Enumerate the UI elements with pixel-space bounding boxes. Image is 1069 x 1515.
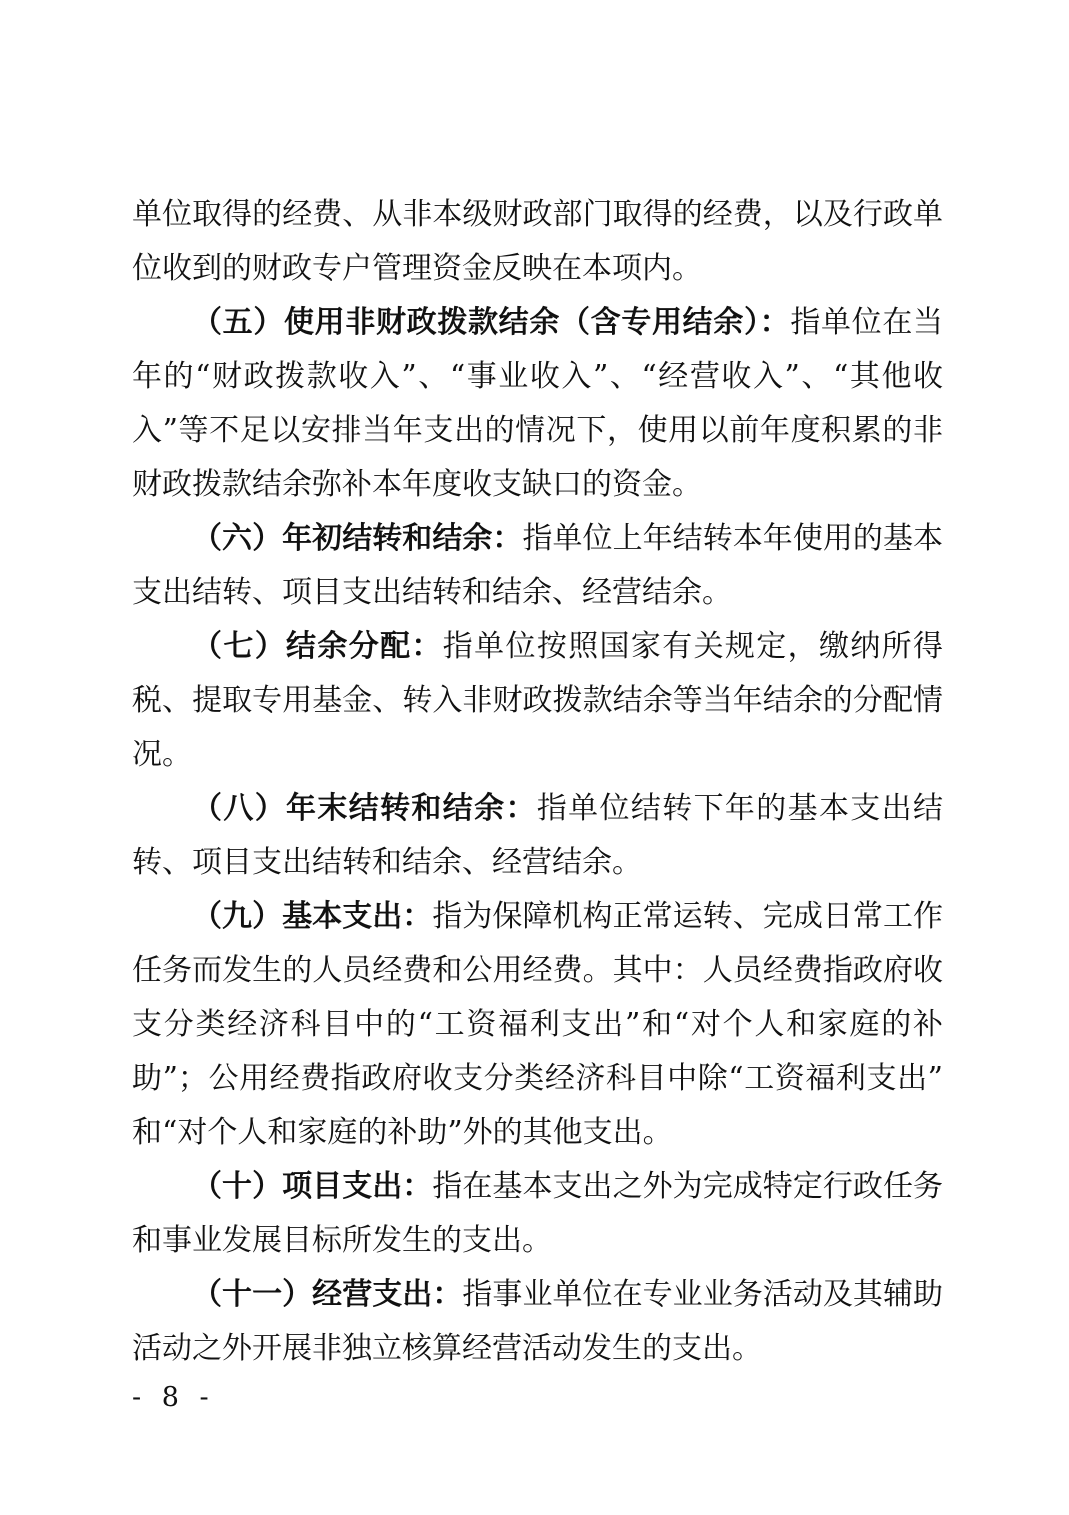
paragraph: （十一）经营支出：指事业单位在专业业务活动及其辅助活动之外开展非独立核算经营活动… [132,1268,943,1376]
paragraph-text: 单位取得的经费、从非本级财政部门取得的经费，以及行政单位收到的财政专户管理资金反… [132,197,943,286]
paragraph-lead: （七）结余分配： [192,629,443,664]
paragraph: （八）年末结转和结余：指单位结转下年的基本支出结转、项目支出结转和结余、经营结余… [132,782,943,890]
paragraph: 单位取得的经费、从非本级财政部门取得的经费，以及行政单位收到的财政专户管理资金反… [132,188,943,296]
paragraph-lead: （六）年初结转和结余： [192,521,522,556]
document-body: 单位取得的经费、从非本级财政部门取得的经费，以及行政单位收到的财政专户管理资金反… [132,188,943,1376]
paragraph: （九）基本支出：指为保障机构正常运转、完成日常工作任务而发生的人员经费和公用经费… [132,890,943,1160]
paragraph-lead: （十一）经营支出： [192,1277,462,1312]
paragraph-text: 指为保障机构正常运转、完成日常工作任务而发生的人员经费和公用经费。其中：人员经费… [132,899,943,1150]
page-number: - 8 - [132,1382,215,1413]
paragraph: （六）年初结转和结余：指单位上年结转本年使用的基本支出结转、项目支出结转和结余、… [132,512,943,620]
page-footer: - 8 - [132,1382,215,1413]
paragraph-lead: （九）基本支出： [192,899,432,934]
document-page: 单位取得的经费、从非本级财政部门取得的经费，以及行政单位收到的财政专户管理资金反… [0,0,1069,1515]
paragraph-lead: （十）项目支出： [192,1169,432,1204]
paragraph: （七）结余分配：指单位按照国家有关规定，缴纳所得税、提取专用基金、转入非财政拨款… [132,620,943,782]
paragraph: （五）使用非财政拨款结余（含专用结余）：指单位在当年的“财政拨款收入”、“事业收… [132,296,943,512]
paragraph: （十）项目支出：指在基本支出之外为完成特定行政任务和事业发展目标所发生的支出。 [132,1160,943,1268]
paragraph-lead: （五）使用非财政拨款结余（含专用结余）： [192,305,790,340]
paragraph-lead: （八）年末结转和结余： [192,791,537,826]
